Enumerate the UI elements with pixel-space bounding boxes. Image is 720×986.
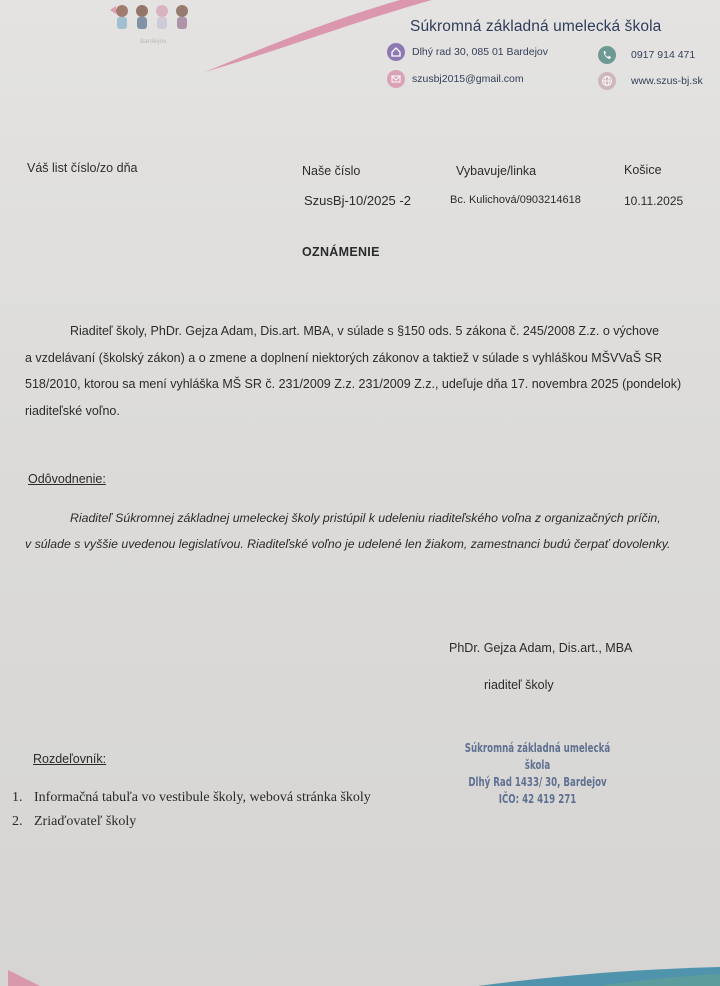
email-line: szusbj2015@gmail.com: [387, 70, 524, 88]
body-line: 518/2010, ktorou sa mení vyhláška MŠ SR …: [25, 371, 713, 398]
body-line: a vzdelávaní (školský zákon) a o zmene a…: [25, 345, 713, 372]
bottom-swoosh-decoration: [0, 940, 720, 986]
phone-text: 0917 914 471: [631, 49, 695, 61]
list-text: Zriaďovateľ školy: [34, 814, 136, 829]
justification-body: Riaditeľ Súkromnej základnej umeleckej š…: [25, 505, 715, 557]
list-item: 2.Zriaďovateľ školy: [12, 810, 371, 834]
children-logo-icon: [104, 2, 200, 36]
email-text: szusbj2015@gmail.com: [412, 73, 524, 85]
school-name: Súkromná základná umelecká škola: [410, 18, 661, 36]
phone-line: 0917 914 471: [598, 46, 695, 64]
signatory-role: riaditeľ školy: [484, 678, 554, 692]
list-item: 1.Informačná tabuľa vo vestibule školy, …: [12, 786, 371, 810]
stamp-line-3: IČO: 42 419 271: [460, 791, 615, 808]
justification-line: v súlade s vyššie uvedenou legislatívou.…: [25, 531, 715, 557]
stamp-line-2: Dlhý Rad 1433/ 30, Bardejov: [460, 774, 615, 791]
list-number: 2.: [12, 810, 34, 834]
address-line: Dlhý rad 30, 085 01 Bardejov: [387, 43, 548, 61]
home-icon: [387, 43, 405, 61]
address-text: Dlhý rad 30, 085 01 Bardejov: [412, 46, 548, 58]
justification-line: Riaditeľ Súkromnej základnej umeleckej š…: [25, 505, 715, 531]
announcement-body: Riaditeľ školy, PhDr. Gejza Adam, Dis.ar…: [25, 318, 713, 424]
handled-by-label: Vybavuje/linka: [456, 164, 536, 178]
website-line: www.szus-bj.sk: [598, 72, 703, 90]
list-text: Informačná tabuľa vo vestibule školy, we…: [34, 790, 371, 805]
website-text: www.szus-bj.sk: [631, 75, 703, 87]
list-number: 1.: [12, 786, 34, 810]
your-letter-label: Váš list číslo/zo dňa: [27, 161, 137, 175]
school-stamp: Súkromná základná umelecká škola Dlhý Ra…: [460, 740, 615, 808]
body-line: Riaditeľ školy, PhDr. Gejza Adam, Dis.ar…: [25, 318, 713, 345]
distribution-heading: Rozdeľovník:: [33, 752, 106, 766]
our-number-value: SzusBj-10/2025 -2: [304, 193, 411, 208]
phone-icon: [598, 46, 616, 64]
stamp-line-1: Súkromná základná umelecká škola: [460, 740, 615, 774]
justification-heading: Odôvodnenie:: [28, 472, 106, 486]
document-title: OZNÁMENIE: [302, 245, 380, 259]
logo-subtext: Bardejov: [140, 38, 167, 45]
mail-icon: [387, 70, 405, 88]
distribution-list: 1.Informačná tabuľa vo vestibule školy, …: [12, 786, 371, 834]
signatory-name: PhDr. Gejza Adam, Dis.art., MBA: [449, 641, 632, 655]
body-line: riaditeľské voľno.: [25, 398, 713, 425]
handled-by-value: Bc. Kulichová/0903214618: [450, 194, 581, 206]
place-label: Košice: [624, 163, 662, 177]
date-value: 10.11.2025: [624, 194, 683, 208]
globe-icon: [598, 72, 616, 90]
our-number-label: Naše číslo: [302, 164, 360, 178]
